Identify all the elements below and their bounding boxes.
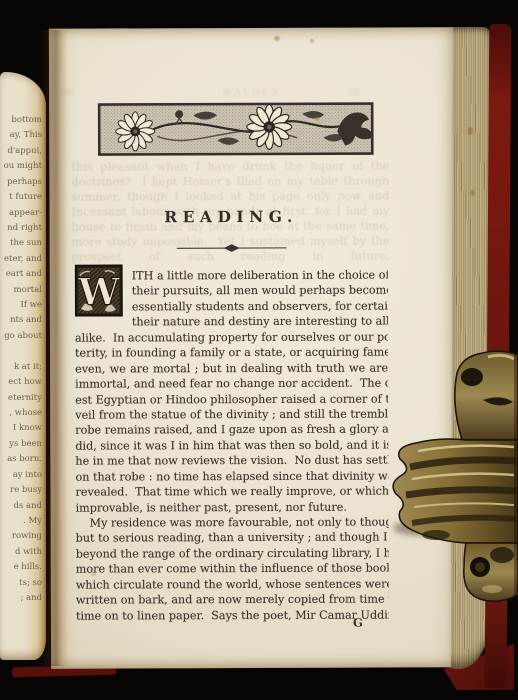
facing-page-line: ay, This (2, 128, 42, 143)
showthrough-header-title: WALDEN (49, 87, 455, 99)
body-line: he in me that now reviews the vision. No… (75, 453, 388, 470)
facing-page-line: rowing (2, 529, 42, 544)
body-line: on that robe : no time has elapsed since… (75, 468, 388, 485)
facing-page-line: ds and (2, 499, 42, 514)
body-line: My residence was more favourable, not on… (76, 515, 389, 532)
body-line: even, we are mortal ; but in dealing wit… (75, 360, 388, 377)
facing-page-line: e hills. (2, 560, 42, 575)
facing-page-line: nts and (2, 313, 42, 328)
facing-page-line: re busy (2, 483, 42, 498)
facing-page-line (2, 344, 42, 359)
facing-page-line: ys been (2, 437, 42, 452)
facing-page-line: ts; so (2, 576, 42, 591)
showthrough-running-header: 86 WALDEN 98 (49, 87, 455, 102)
foxing-spot (315, 117, 319, 121)
facing-page-line: as born. (2, 452, 42, 467)
decorated-initial-woodcut: W (75, 264, 123, 316)
facing-page-text-fragments: bottomay, Thisd'appui,ou mightperhapst f… (2, 113, 42, 607)
facing-page-line: eter, and (2, 252, 42, 267)
body-line: written on bark, and are now merely copi… (76, 592, 389, 609)
facing-page-line: ou might (2, 159, 42, 174)
brass-clasp (388, 345, 518, 607)
showthrough-line: doctrines? I kept Homer's Iliad on my ta… (71, 174, 389, 190)
facing-page-line: perhaps (2, 175, 42, 190)
floral-headpiece-ornament (97, 102, 374, 157)
body-line: improvable, is neither past, present, no… (76, 499, 389, 516)
body-line: alike. In accumulating property for ours… (75, 329, 388, 346)
body-line: which circulate round the world, whose s… (76, 576, 389, 593)
facing-page-line: mortal (2, 283, 42, 298)
body-line: beyond the range of the ordinary circula… (76, 545, 389, 562)
paragraph-2: My residence was more favourable, not on… (76, 515, 389, 624)
showthrough-page-number-right: 98 (347, 88, 360, 99)
facing-page-line: eart and (2, 267, 42, 282)
body-line: robe remains raised, and I gaze upon as … (75, 422, 388, 439)
foxing-spot (468, 127, 473, 135)
photograph-of-open-antique-book: bottomay, Thisd'appui,ou mightperhapst f… (0, 0, 518, 700)
body-line: veil from the statue of the divinity ; a… (75, 406, 388, 423)
facing-page-line: t future (2, 190, 42, 205)
clasp-top-lobe (455, 351, 518, 440)
facing-page-line: d with (2, 545, 42, 560)
facing-page-line: k at it; (2, 360, 42, 375)
body-text: ITH a little more deliberation in the ch… (75, 268, 389, 624)
body-line: more than ever come within the influence… (76, 561, 389, 578)
foxing-spot (310, 39, 314, 43)
body-line: immortal, and need fear no change nor ac… (75, 376, 388, 393)
foxing-spot (471, 190, 475, 196)
body-line: est Egyptian or Hindoo philosopher raise… (75, 391, 388, 408)
facing-page-line: I know (2, 421, 42, 436)
showthrough-line: summer, though I looked at his page only… (71, 189, 389, 205)
facing-page-line: . My (2, 514, 42, 529)
facing-page-line: eternity (2, 391, 42, 406)
body-line: but to serious reading, than a universit… (76, 530, 389, 547)
facing-page-line: appear- (2, 206, 42, 221)
body-line: time on to linen paper. Says the poet, M… (76, 607, 389, 624)
facing-page-line: nd right (2, 221, 42, 236)
facing-page-sliver: bottomay, Thisd'appui,ou mightperhapst f… (0, 72, 46, 660)
facing-page-line: ; and (2, 591, 42, 606)
facing-page-line: If we (2, 298, 42, 313)
facing-page-line: , whose (2, 406, 42, 421)
title-rule-with-diamond (177, 243, 287, 253)
facing-page-line: d'appui, (2, 144, 42, 159)
facing-page-line: bottom (2, 113, 42, 128)
chapter-title: READING. (75, 207, 388, 227)
body-line: did, since it was I in him that was then… (75, 437, 388, 454)
facing-page-line: ect how (2, 375, 42, 390)
body-line: revealed. That time which we really impr… (75, 484, 388, 501)
facing-page-line: ay into (2, 468, 42, 483)
body-line: terity, in founding a family or a state,… (75, 345, 388, 362)
diamond-icon (224, 244, 240, 252)
facing-page-line: go about (2, 329, 42, 344)
flower-bud-icon (175, 110, 183, 118)
foxing-spot (274, 36, 280, 41)
drop-cap-letter: W (77, 269, 120, 313)
facing-page-line: the sun (2, 236, 42, 251)
showthrough-line: this pleasant when I have drunk the liqu… (71, 159, 389, 175)
